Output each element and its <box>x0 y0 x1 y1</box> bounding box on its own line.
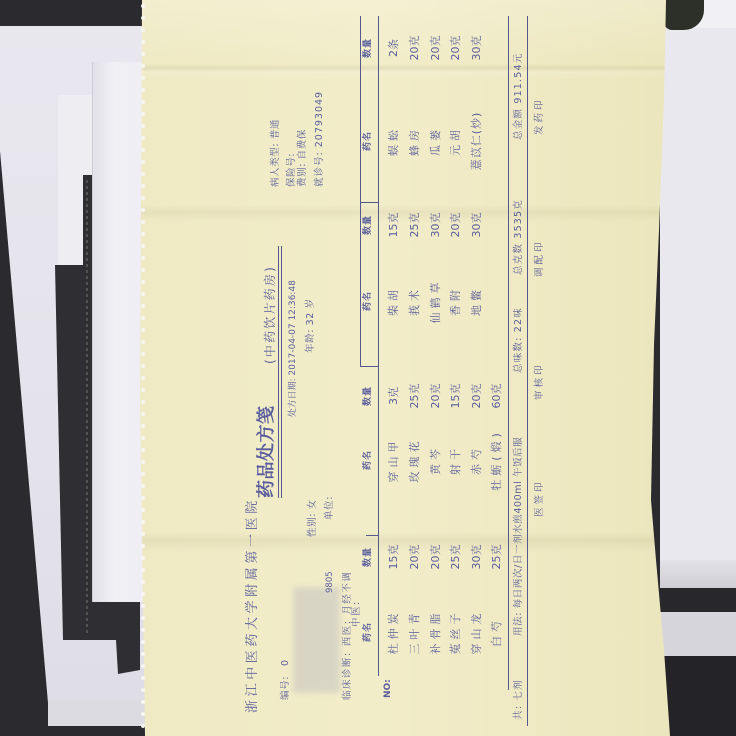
medicine-quantity: 15克 <box>450 366 461 426</box>
medicine-quantity: 20克 <box>409 527 420 587</box>
table-bottom-border <box>508 16 509 690</box>
medicine-quantity: 15克 <box>388 527 399 587</box>
medicine-name: 香附 <box>450 256 461 346</box>
medicine-quantity: 30克 <box>471 18 482 78</box>
gender-value: 女 <box>307 499 318 509</box>
total-amount: 总金额 911.54元 <box>514 53 524 140</box>
medicine-quantity: 20克 <box>430 18 441 78</box>
title-double-underline <box>278 246 282 498</box>
medicine-name: 白芍 <box>491 587 502 677</box>
dose-count: 共: 七剂 <box>514 679 524 720</box>
total-herb-count: 总味数: 22味 <box>514 307 524 373</box>
background-paper-edges <box>660 560 736 588</box>
medicine-quantity: 25克 <box>450 527 461 587</box>
visit-value: 20793049 <box>314 91 325 147</box>
folder-stitching <box>86 180 88 635</box>
partial-id: 9805 <box>326 571 335 593</box>
medicine-name: 瓜蒌 <box>430 96 441 186</box>
total-weight: 总克数 3535克 <box>514 199 524 275</box>
date-label: 处方日期: <box>288 378 298 417</box>
medicine-name: 元胡 <box>450 96 461 186</box>
medicine-quantity: 25克 <box>409 195 420 255</box>
medicine-name: 薏苡仁(炒) <box>471 96 482 186</box>
review-stamp-label: 审核印 <box>535 362 545 400</box>
header-medicine-name: 药名 <box>364 256 373 346</box>
tcm-diagnosis: 中医: <box>352 600 362 627</box>
background-right-paper <box>660 26 736 562</box>
fee-type: 费别: 自费保 <box>298 129 308 187</box>
header-quantity: 数量 <box>364 195 373 255</box>
medicine-name: 地鳖 <box>471 256 482 346</box>
dispense-stamp-label: 调配印 <box>535 239 545 277</box>
medicine-quantity: 25克 <box>491 527 502 587</box>
age-value: 32 岁 <box>305 298 316 325</box>
medicine-name: 穿山龙 <box>471 587 482 677</box>
patient-type-value: 普通 <box>270 119 281 139</box>
header-medicine-name: 药名 <box>364 96 373 186</box>
header-quantity: 数量 <box>364 366 373 426</box>
insurance-number: 保险号: <box>287 153 297 187</box>
medicine-name: 菟丝子 <box>450 587 461 677</box>
visit-label: 就诊号: <box>314 151 325 187</box>
prescription-date: 处方日期: 2017-04-07 12:36:48 <box>289 280 298 417</box>
receipt-perforated-edge <box>140 0 148 736</box>
background-dark-surface <box>660 656 736 736</box>
medicine-name: 射干 <box>450 415 461 505</box>
patient-type-label: 病人类型: <box>270 143 281 187</box>
medicine-quantity: 20克 <box>430 527 441 587</box>
receipt-content-rotated: 浙江中医药大学附属第一医院 药品处方笺 (中药饮片药房) 编号:0 9805 性… <box>138 0 672 736</box>
fee-type-value: 自费保 <box>297 129 308 159</box>
usage-instructions: 用法: 每日两次/日一剂水煎400ml 午饭后服 <box>514 437 524 636</box>
header-quantity: 数量 <box>364 527 373 587</box>
patient-type: 病人类型: 普通 <box>271 119 281 187</box>
header-medicine-name: 药名 <box>364 415 373 505</box>
document-subtitle: (中药饮片药房) <box>264 265 276 364</box>
header-medicine-name: 药名 <box>364 587 373 677</box>
clinical-diagnosis: 临床诊断:西医:月经不调 <box>343 571 353 700</box>
medicine-name: 仙鹤草 <box>430 256 441 346</box>
medicine-quantity: 25克 <box>409 366 420 426</box>
medicine-name: 牡蛎(煅) <box>491 415 502 505</box>
background-dark-band <box>660 588 736 612</box>
medicine-quantity: 30克 <box>471 195 482 255</box>
medicine-quantity: 20克 <box>409 18 420 78</box>
serial-label: 编号: <box>280 676 291 700</box>
unit-label: 单位: <box>324 496 335 520</box>
background-paper-edges-lower <box>660 612 736 656</box>
medicine-quantity: 15克 <box>388 195 399 255</box>
medicine-name: 三叶青 <box>409 587 420 677</box>
medicine-quantity: 20克 <box>450 195 461 255</box>
medicine-quantity: 60克 <box>491 366 502 426</box>
background-paper-edge <box>48 700 148 726</box>
serial-number: 编号:0 <box>281 659 291 700</box>
document-title: 药品处方笺 <box>258 406 276 499</box>
prescription-receipt: 浙江中医药大学附属第一医院 药品处方笺 (中药饮片药房) 编号:0 9805 性… <box>138 0 672 736</box>
gender-field: 性别: 女 <box>308 499 318 537</box>
medicine-quantity: 30克 <box>471 527 482 587</box>
redacted-patient-info <box>293 587 340 693</box>
medicine-quantity: 20克 <box>430 366 441 426</box>
hospital-name: 浙江中医药大学附属第一医院 <box>246 497 259 713</box>
medicine-name: 蜂房 <box>409 96 420 186</box>
doctor-stamp-label: 医签印 <box>535 479 545 517</box>
age-label: 年龄: <box>305 329 316 353</box>
table-top-border <box>360 16 361 367</box>
medicine-name: 蜈蚣 <box>388 96 399 186</box>
header-quantity: 数量 <box>364 18 373 78</box>
gender-label: 性别: <box>307 513 318 537</box>
medicine-name: 赤芍 <box>471 415 482 505</box>
diagnosis-label: 临床诊断: <box>342 651 353 700</box>
medicine-name: 莪术 <box>409 256 420 346</box>
visit-number: 就诊号: 20793049 <box>315 91 325 187</box>
medicine-name: 柴胡 <box>388 256 399 346</box>
age-field: 年龄: 32 岁 <box>306 298 316 353</box>
medicine-quantity: 3克 <box>388 366 399 426</box>
summary-bottom-border <box>527 16 528 726</box>
serial-value: 0 <box>280 659 291 666</box>
medicine-name: 黄芩 <box>430 415 441 505</box>
medicine-name: 穿山甲 <box>388 415 399 505</box>
header-underline <box>378 16 379 676</box>
medicine-quantity: 2条 <box>388 18 399 78</box>
medicine-quantity: 20克 <box>471 366 482 426</box>
date-value: 2017-04-07 12:36:48 <box>288 280 298 375</box>
number-label: NO: <box>384 679 393 698</box>
unit-field: 单位: <box>325 496 335 520</box>
medicine-name: 玫瑰花 <box>409 415 420 505</box>
insurance-label: 保险号: <box>286 153 297 187</box>
medicine-quantity: 20克 <box>450 18 461 78</box>
medicine-quantity: 30克 <box>430 195 441 255</box>
background-paper-stack <box>93 62 145 602</box>
fee-type-label: 费别: <box>297 163 308 187</box>
medicine-name: 补骨脂 <box>430 587 441 677</box>
issue-stamp-label: 发药印 <box>535 97 545 135</box>
medicine-name: 杜仲炭 <box>388 587 399 677</box>
tcm-label: 中医: <box>351 600 362 627</box>
